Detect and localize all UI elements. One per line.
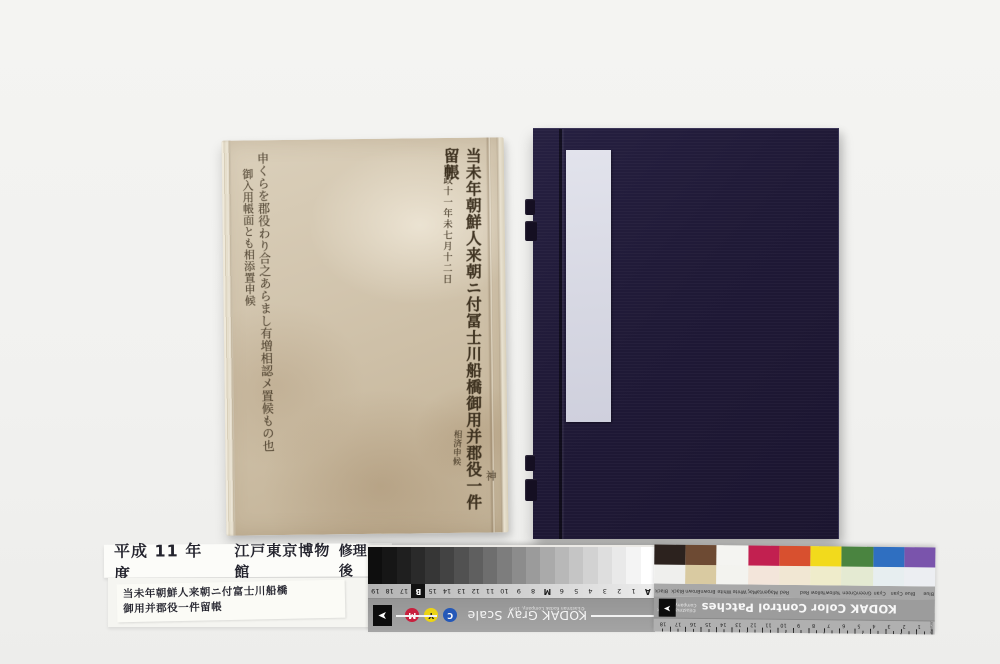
- color-patch: [904, 547, 935, 567]
- gray-tick-label: 15: [426, 584, 440, 598]
- color-patch: [873, 547, 904, 567]
- c-circle-icon: C: [443, 609, 457, 623]
- color-patch: [654, 545, 685, 565]
- ruler-number: 10: [776, 622, 791, 628]
- color-patch: [748, 546, 779, 566]
- ruler-number: 15: [701, 621, 716, 627]
- gray-tick-label: 18: [382, 584, 396, 598]
- patch-name: WhiteWhite: [716, 584, 747, 597]
- page-stack-edge: [222, 141, 236, 536]
- tint-patch: [904, 567, 935, 586]
- color-patch: [810, 546, 841, 566]
- conservation-cover: [533, 128, 839, 539]
- ruler-number: 18: [655, 621, 670, 627]
- gray-tick-label: 14: [440, 584, 454, 598]
- gray-tick-label: 5: [569, 584, 583, 598]
- tint-patch: [748, 566, 779, 585]
- patch-name: BrownBrown: [685, 584, 716, 597]
- tint-patch: [654, 565, 685, 584]
- gray-step: [641, 547, 655, 584]
- museum-label-top: 平成 11 年度 江戸東京博物館 修理後: [104, 543, 392, 578]
- gray-tick-label: 10: [497, 584, 511, 598]
- gray-step: [382, 547, 396, 584]
- ruler-number: 13: [731, 621, 746, 627]
- clasp-tab: [525, 199, 535, 215]
- grayscale-gradient: [368, 545, 655, 584]
- color-patch: [717, 545, 748, 565]
- ruler-number: 6: [836, 622, 851, 628]
- gray-step: [368, 547, 382, 584]
- ruler-number: 16: [686, 621, 701, 627]
- gray-tick-label: A: [641, 584, 655, 598]
- patch-name: BlackBlack: [654, 584, 685, 597]
- gray-step: [583, 547, 597, 584]
- gray-step: [497, 547, 511, 584]
- gray-tick-label: 3: [598, 584, 612, 598]
- gray-tick-label: 8: [526, 584, 540, 598]
- tint-patch: [841, 566, 872, 585]
- ruler-number: 11: [761, 622, 776, 628]
- label-museum: 江戸東京博物館: [234, 539, 339, 582]
- ruler-number: 5: [851, 623, 866, 629]
- photo-scene: 当未年朝鮮人来朝ニ付冨士川船橋御用并郡役一件留帳 寛政十一年未七月十二日 相済申…: [0, 0, 1000, 664]
- manuscript-book: 当未年朝鮮人来朝ニ付冨士川船橋御用并郡役一件留帳 寛政十一年未七月十二日 相済申…: [222, 137, 509, 535]
- gray-step: [512, 547, 526, 584]
- gray-tick-label: 19: [368, 584, 382, 598]
- tint-patch: [779, 566, 810, 585]
- ruler-number: 7: [821, 622, 836, 628]
- clasp-tab: [525, 479, 537, 501]
- ruler-number: 9: [791, 622, 806, 628]
- collection-mark: 神: [484, 470, 499, 481]
- color-tint-row: [654, 565, 935, 587]
- manuscript-memo: 申くらを郡役わり合之あらまし有増相認メ置候もの也 御入用帳面とも相添置申候: [238, 152, 278, 533]
- color-sat-row: [654, 545, 935, 568]
- ruler-number: 14: [716, 621, 731, 627]
- gray-tick-label: M: [540, 584, 554, 598]
- tint-patch: [717, 565, 748, 584]
- gray-step: [426, 547, 440, 584]
- ruler-number: 8: [806, 622, 821, 628]
- tint-patch: [810, 566, 841, 585]
- gray-step: [397, 547, 411, 584]
- gray-tick-label: 1: [626, 584, 640, 598]
- clasp-tab: [525, 221, 537, 241]
- gray-tick-label: 12: [469, 584, 483, 598]
- gray-tick-label: 6: [555, 584, 569, 598]
- tint-patch: [685, 565, 716, 584]
- grayscale-tick-row: A123456M89101112131415B171819: [368, 584, 655, 598]
- gray-tick-label: 13: [454, 584, 468, 598]
- museum-label-card: 当未年朝鮮人来朝ニ付富士川船橋 御用并郡役一件留帳: [108, 578, 376, 627]
- ruler-number: 1: [912, 623, 927, 629]
- gray-scale-title-band: KODAK Gray Scale ©Eastman Kodak Company,…: [368, 598, 655, 632]
- slip-line-2: 御用并郡役一件留帳: [123, 598, 339, 618]
- color-patch: [779, 546, 810, 566]
- gray-tick-label: 11: [483, 584, 497, 598]
- gray-tick-label: 17: [397, 584, 411, 598]
- blank-title-label: [566, 150, 611, 422]
- patch-name: BlueBlue: [904, 586, 935, 599]
- color-patch: [842, 546, 873, 566]
- patch-name: YellowYellow: [810, 585, 841, 598]
- gray-step: [540, 547, 554, 584]
- ruler-number: 12: [746, 621, 761, 627]
- spine-groove: [559, 129, 562, 539]
- color-patches-title-band: KODAK Color Control Patches ©Eastman Kod…: [654, 597, 935, 622]
- ruler-number: 2: [896, 623, 911, 629]
- gray-step: [440, 547, 454, 584]
- clasp-tab: [525, 455, 535, 471]
- ruler-number: 17: [671, 621, 686, 627]
- gray-step: [612, 547, 626, 584]
- rule-line: [591, 616, 655, 618]
- gray-scale-title: KODAK Gray Scale: [467, 608, 587, 623]
- gray-step: [411, 547, 425, 584]
- kodak-color-patches: 123456789101112131415161718 Centimeters …: [654, 545, 936, 635]
- gray-tick-label: 2: [612, 584, 626, 598]
- gray-scale-copyright: ©Eastman Kodak Company, 1977: [509, 605, 586, 610]
- gray-step: [569, 547, 583, 584]
- manuscript-date: 寛政十一年未七月十二日: [438, 164, 453, 324]
- gray-step: [598, 547, 612, 584]
- patch-name: GreenGreen: [841, 585, 872, 598]
- rule-line: [396, 616, 437, 618]
- color-patch: [686, 545, 717, 565]
- tint-patch: [873, 567, 904, 586]
- ruler-number: 4: [866, 623, 881, 629]
- gray-tick-label: 4: [583, 584, 597, 598]
- title-slip: 当未年朝鮮人来朝ニ付富士川船橋 御用并郡役一件留帳: [117, 580, 346, 623]
- gray-tick-label: 9: [512, 584, 526, 598]
- gray-step: [483, 547, 497, 584]
- gray-tick-label: B: [411, 584, 425, 598]
- gray-step: [526, 547, 540, 584]
- patch-name: CyanCyan: [872, 586, 903, 599]
- patch-name: RedRed: [779, 585, 810, 598]
- color-patches-title: KODAK Color Control Patches: [701, 601, 896, 617]
- kodak-logo-icon: ➤: [659, 599, 676, 617]
- kodak-gray-scale: KODAK Gray Scale ©Eastman Kodak Company,…: [368, 545, 655, 632]
- gray-step: [555, 547, 569, 584]
- ruler-number: 3: [881, 623, 896, 629]
- kodak-logo-icon: ➤: [373, 605, 392, 626]
- gray-step: [469, 547, 483, 584]
- gray-step: [454, 547, 468, 584]
- gray-step: [626, 547, 640, 584]
- patch-name: MagentaMagenta: [748, 585, 779, 598]
